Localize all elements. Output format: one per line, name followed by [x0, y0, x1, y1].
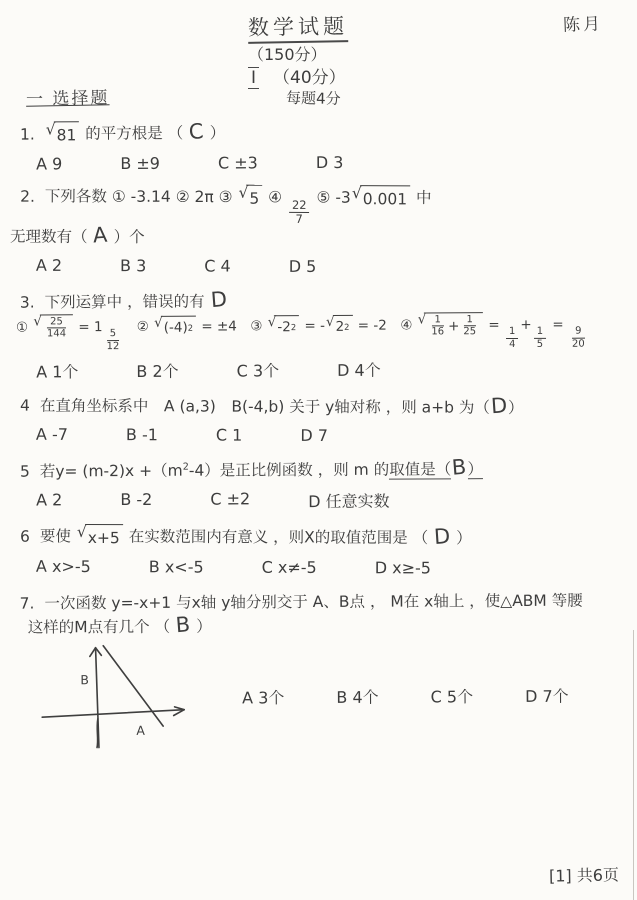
fraction-numerator: 1 — [534, 327, 546, 340]
question-text: -2 — [277, 317, 291, 338]
square-root: √0.001 — [352, 185, 410, 211]
question-text: 要使 — [40, 527, 76, 545]
option-item: D 4个 — [337, 359, 381, 382]
handwritten-answer: C — [187, 121, 205, 143]
question-text: ） — [191, 617, 212, 635]
fraction-denominator: 4 — [507, 339, 517, 351]
option-item: C 4 — [204, 257, 231, 276]
square-root: √81 — [46, 122, 80, 148]
option-item: B 3 — [120, 257, 146, 276]
question-text: ⑤ -3 — [312, 189, 351, 207]
radicand: 116+125 — [424, 313, 483, 339]
question-text: 81 — [57, 124, 77, 148]
option-item: C x≠-5 — [262, 558, 317, 577]
question-text: (-4) — [164, 318, 188, 339]
fraction-denominator: 12 — [105, 341, 122, 353]
option-item: B x<-5 — [149, 557, 204, 576]
question-line: ① √25144 = 1512 ② √(-4)2 = ±4 ③ √-22 = -… — [16, 312, 629, 354]
figure-label-b: B — [80, 672, 89, 687]
question: 5若y= (m-2)x +（m2-4）是正比例函数 ，则 m 的取值是（B）A … — [14, 456, 629, 513]
test-paper: 陈月 数学试题 （150分） I（40分） 每题4分 一 选择题 1.√81 的… — [0, 0, 637, 900]
question-text: 在直角坐标系中 A (a,3) B(-4,b) 关于 y轴对称 ，则 a+b 为… — [40, 397, 490, 417]
x-axis-arrow-icon — [174, 707, 185, 716]
option-item: D 3 — [316, 153, 344, 172]
question-text: ④ — [263, 189, 287, 207]
question-line: 无理数有（ A ）个 — [10, 225, 629, 252]
question-text: 这样的M点有几个 （ — [28, 618, 175, 637]
option-item: B -2 — [120, 490, 152, 513]
question-number: 3. — [20, 294, 35, 312]
option-item: C ±2 — [210, 489, 250, 512]
option-item: A 2 — [36, 256, 62, 275]
part-line: I（40分） — [248, 68, 637, 89]
question-text: 0.001 — [363, 187, 407, 211]
question-text: ） — [205, 124, 226, 142]
question-text: ② — [123, 319, 153, 335]
question-text: ） — [451, 529, 472, 547]
option-item: B 2个 — [136, 360, 178, 383]
question: 3.下列运算中 ，错误的有 D① √25144 = 1512 ② √(-4)2 … — [14, 288, 629, 384]
handwritten-answer: A — [92, 225, 110, 247]
question: 6要使 √x+5 在实数范围内有意义 ，则X的取值范围是 （ D ）A x>-5… — [14, 524, 629, 579]
figure-label-a: A — [136, 723, 145, 738]
question-text: = - — [300, 318, 325, 334]
question-number: 7. — [20, 594, 35, 612]
question-text: 2 — [336, 317, 345, 338]
section-heading: 一 选择题 — [26, 83, 110, 109]
question-text: 下列各数 ① -3.14 ② 2π ③ — [45, 188, 238, 207]
radicand: -22 — [274, 315, 299, 338]
part-score: （40分） — [273, 68, 346, 88]
question-text-underlined: ） — [467, 460, 483, 479]
radicand: 81 — [54, 122, 80, 148]
question-text: x+5 — [88, 526, 120, 550]
question-text: + — [520, 317, 531, 333]
question-text: 一次函数 y=-x+1 与x轴 y轴分别交于 A、B点 ， M在 x轴上 ，使△… — [44, 592, 582, 613]
handwritten-answer: D — [432, 525, 451, 547]
fraction-numerator: 1 — [506, 327, 518, 340]
question-number: 4 — [20, 397, 30, 415]
question-text: 若y= (m-2)x +（m — [40, 462, 183, 481]
square-root: √(-4)2 — [154, 316, 196, 339]
option-item: D 5 — [289, 257, 317, 276]
question: 1.√81 的平方根是 （ C ）A 9B ±9C ±3D 3 — [14, 119, 629, 174]
fraction-numerator: 1 — [431, 315, 443, 328]
fraction-denominator: 16 — [429, 327, 446, 339]
fraction-denominator: 20 — [570, 339, 587, 351]
options-row: A x>-5B x<-5C x≠-5D x≥-5 — [36, 557, 629, 579]
question-text: = 1 — [74, 320, 103, 336]
question: 2.下列各数 ① -3.14 ② 2π ③ √5 ④ 227 ⑤ -3√0.00… — [14, 184, 629, 278]
question-line: 1.√81 的平方根是 （ C ） — [20, 119, 629, 148]
question-text: = — [548, 317, 568, 333]
fraction: 116 — [429, 315, 446, 339]
option-item: A -7 — [36, 425, 68, 444]
question-number: 1. — [20, 125, 35, 143]
part-label: I — [248, 67, 259, 89]
option-item: B ±9 — [120, 154, 160, 173]
fraction: 14 — [506, 327, 518, 351]
option-item: A 3个 — [242, 685, 284, 708]
question-text: 下列运算中 ，错误的有 — [45, 293, 210, 312]
options-row: A 1个B 2个C 3个D 4个 — [36, 357, 629, 383]
question-text: = -2 ④ — [353, 318, 416, 334]
option-item: D 7个 — [525, 683, 569, 706]
question: 7.一次函数 y=-x+1 与x轴 y轴分别交于 A、B点 ， M在 x轴上 ，… — [14, 588, 630, 753]
option-item: C 1 — [216, 425, 243, 444]
option-item: C 3个 — [237, 359, 280, 382]
options-row: A -7B -1C 1D 7 — [36, 425, 629, 447]
radicand: 0.001 — [360, 185, 410, 211]
y-axis-overdraw — [97, 719, 98, 748]
scan-edge-line — [633, 630, 634, 900]
option-item: A 1个 — [36, 360, 78, 383]
radicand: (-4)2 — [161, 316, 196, 339]
handwritten-answer: D — [209, 289, 229, 311]
option-item: B -1 — [126, 425, 158, 444]
question-text: -4）是正比例函数 ，则 m 的 — [189, 461, 389, 480]
fraction-denominator: 25 — [461, 327, 478, 339]
x-axis — [42, 710, 184, 717]
option-item: C 5个 — [431, 684, 474, 707]
square-root: √5 — [238, 185, 262, 211]
question-text: 在实数范围内有意义 ，则X的取值范围是 （ — [124, 528, 433, 547]
radicand: 22 — [333, 315, 353, 338]
option-item: D 任意实数 — [308, 489, 390, 512]
question-text: 无理数有（ — [10, 228, 93, 246]
question: 4在直角坐标系中 A (a,3) B(-4,b) 关于 y轴对称 ，则 a+b … — [14, 394, 629, 447]
question-text: = ±4 ③ — [197, 319, 267, 335]
question-text: ）个 — [109, 229, 145, 247]
question-text: ） — [508, 399, 524, 417]
option-item: D 7 — [300, 426, 328, 445]
question-line: 4在直角坐标系中 A (a,3) B(-4,b) 关于 y轴对称 ，则 a+b … — [20, 394, 629, 421]
square-root: √116+125 — [418, 313, 483, 339]
option-item: A x>-5 — [36, 557, 91, 576]
fraction: 25144 — [45, 317, 68, 341]
fraction: 920 — [570, 327, 587, 351]
question-line: 6要使 √x+5 在实数范围内有意义 ，则X的取值范围是 （ D ） — [20, 524, 629, 553]
fraction-numerator: 5 — [107, 329, 119, 342]
total-score: （150分） — [248, 45, 637, 65]
fraction: 512 — [105, 329, 122, 353]
question-line: 5若y= (m-2)x +（m2-4）是正比例函数 ，则 m 的取值是（B） — [20, 456, 629, 483]
superscript: 2 — [291, 323, 296, 331]
square-root: √-22 — [268, 315, 300, 338]
coordinate-axes-figure: B A — [40, 641, 209, 754]
questions-list: 1.√81 的平方根是 （ C ）A 9B ±9C ±3D 32.下列各数 ① … — [0, 110, 637, 752]
question-text: ① — [16, 320, 32, 336]
fraction: 15 — [534, 327, 546, 351]
options-row: A 2B -2C ±2D 任意实数 — [36, 487, 629, 513]
fraction-numerator: 1 — [463, 315, 475, 328]
question-text-underlined: 取值是（ — [389, 460, 451, 479]
question-text: 5 — [249, 187, 259, 211]
question-number: 6 — [20, 527, 30, 545]
handwritten-answer: D — [489, 395, 508, 417]
radicand: x+5 — [85, 524, 123, 550]
option-item: B 4个 — [336, 684, 378, 707]
paper-title: 数学试题 — [248, 13, 348, 44]
fraction: 227 — [289, 199, 310, 226]
fraction-denominator: 144 — [45, 329, 68, 341]
superscript: 2 — [344, 323, 349, 331]
fraction: 125 — [461, 315, 478, 339]
fraction-numerator: 9 — [572, 327, 584, 340]
question-line: 2.下列各数 ① -3.14 ② 2π ③ √5 ④ 227 ⑤ -3√0.00… — [20, 184, 629, 228]
question-text: + — [448, 316, 459, 337]
handwritten-answer: B — [450, 457, 468, 479]
option-item: A 2 — [36, 490, 62, 513]
square-root: √x+5 — [77, 524, 123, 550]
options-row: A 2B 3C 4D 5 — [36, 256, 629, 278]
handwritten-answer: B — [174, 614, 192, 636]
question-text: = — [484, 317, 504, 333]
figure-and-options-row: B A A 3个B 4个C 5个D 7个 — [40, 638, 630, 753]
page-number: [1] 共6页 — [549, 862, 619, 886]
option-item: A 9 — [36, 155, 62, 174]
radicand: 25144 — [40, 315, 73, 341]
superscript: 2 — [188, 324, 193, 332]
student-name: 陈月 — [563, 9, 604, 35]
radicand: 5 — [246, 185, 262, 211]
question-line: 这样的M点有几个 （ B ） — [28, 612, 629, 639]
question-text: 中 — [411, 189, 432, 207]
fraction-numerator: 25 — [47, 317, 66, 330]
fraction-denominator: 7 — [294, 213, 305, 226]
square-root: √22 — [326, 315, 353, 338]
question-text: 的平方根是 （ — [80, 124, 188, 143]
option-item: D x≥-5 — [375, 558, 431, 577]
fraction-denominator: 5 — [535, 339, 545, 351]
options-row: A 9B ±9C ±3D 3 — [36, 152, 629, 174]
question-number: 5 — [20, 462, 30, 480]
question-line: 7.一次函数 y=-x+1 与x轴 y轴分别交于 A、B点 ， M在 x轴上 ，… — [20, 588, 629, 615]
question-number: 2. — [20, 187, 35, 205]
options-row: A 3个B 4个C 5个D 7个 — [242, 683, 569, 708]
option-item: C ±3 — [218, 154, 258, 173]
square-root: √25144 — [33, 315, 73, 341]
